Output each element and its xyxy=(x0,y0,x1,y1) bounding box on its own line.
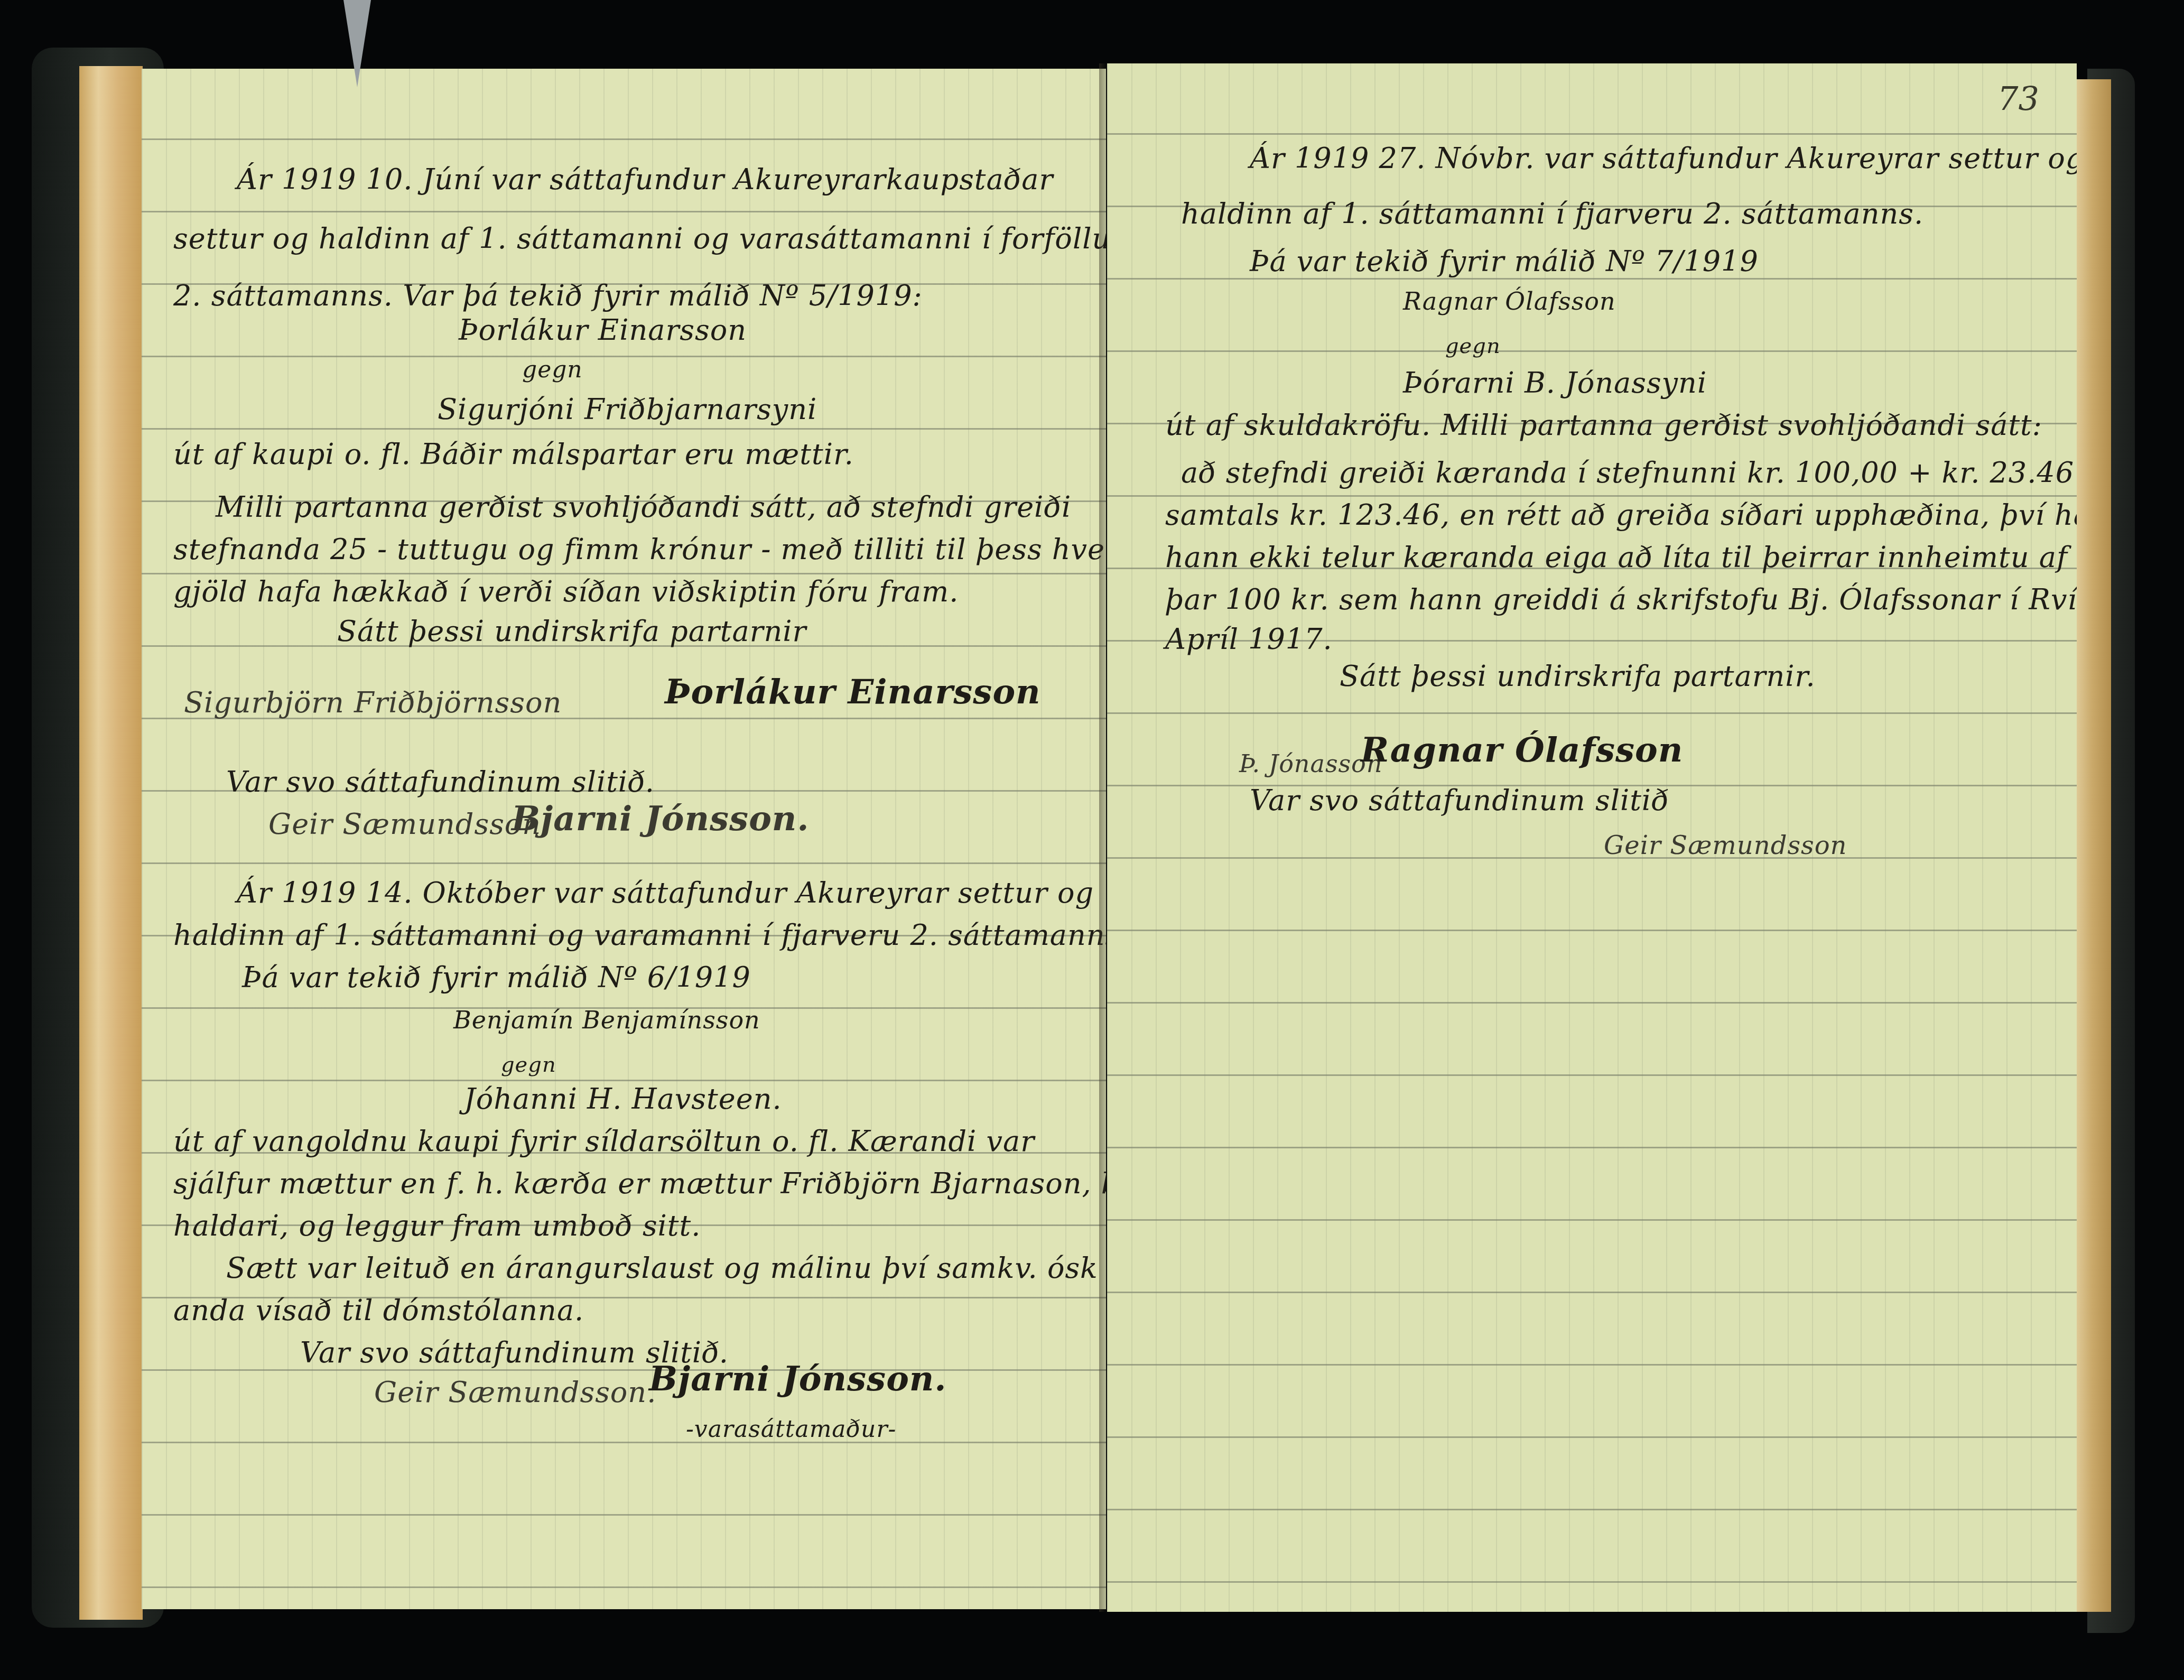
page-number: 73 xyxy=(1997,79,2039,118)
entry-line: settur og haldinn af 1. sáttamanni og va… xyxy=(173,223,1106,255)
closing-line: Var svo sáttafundinum slitið xyxy=(1250,785,1669,816)
entry-line: Apríl 1917. xyxy=(1165,624,1333,655)
entry-line: út af kaupi o. fl. Báðir málspartar eru … xyxy=(173,439,854,470)
signature-official: Geir Sæmundsson xyxy=(1604,830,1847,861)
entry-line: Ár 1919 14. Október var sáttafundur Akur… xyxy=(237,877,1094,909)
entry-line: sjálfur mættur en f. h. kærða er mættur … xyxy=(173,1168,1106,1200)
entry-line: út af skuldakröfu. Milli partanna gerðis… xyxy=(1165,410,2042,441)
entry-line: haldinn af 1. sáttamanni í fjarveru 2. s… xyxy=(1181,198,1923,230)
entry-line: út af vangoldnu kaupi fyrir síldarsöltun… xyxy=(173,1126,1035,1157)
signature-official: Geir Sæmundsson. xyxy=(374,1377,656,1408)
entry-line: að stefndi greiði kæranda í stefnunni kr… xyxy=(1181,457,2077,489)
entry-line: Sátt þessi undirskrifa partarnir. xyxy=(1340,661,1816,692)
page-stack-right xyxy=(2074,79,2111,1612)
signature-defendant: Sigurbjörn Friðbjörnsson xyxy=(184,687,562,719)
plaintiff-name: Ragnar Ólafsson xyxy=(1403,285,1616,317)
defendant-name: Sigurjóni Friðbjarnarsyni xyxy=(438,394,817,425)
entry-line: stefnanda 25 - tuttugu og fimm krónur - … xyxy=(173,534,1106,565)
entry-line: Ár 1919 10. Júní var sáttafundur Akureyr… xyxy=(237,164,1053,196)
entry-line: anda vísað til dómstólanna. xyxy=(173,1295,584,1326)
entry-line: Milli partanna gerðist svohljóðandi sátt… xyxy=(216,491,1071,523)
entry-line: gjöld hafa hækkað í verði síðan viðskipt… xyxy=(173,576,959,608)
versus-label: gegn xyxy=(501,1049,556,1081)
entry-line: Ár 1919 27. Nóvbr. var sáttafundur Akure… xyxy=(1250,143,2077,174)
versus-label: gegn xyxy=(522,354,583,386)
entry-line: haldari, og leggur fram umboð sitt. xyxy=(173,1210,701,1242)
entry-line: samtals kr. 123.46, en rétt að greiða sí… xyxy=(1165,499,2077,531)
versus-label: gegn xyxy=(1445,330,1501,362)
page-stack-left xyxy=(79,66,143,1620)
right-page: 73 Ár 1919 27. Nóvbr. var sáttafundur Ak… xyxy=(1107,63,2077,1612)
defendant-name: Þórarni B. Jónassyni xyxy=(1403,367,1707,399)
entry-line: Sátt þessi undirskrifa partarnir xyxy=(337,616,806,647)
signature-official: Bjarni Jónsson. xyxy=(512,803,810,835)
entry-line: Þá var tekið fyrir málið Nº 7/1919 xyxy=(1250,246,1759,277)
plaintiff-name: Þorlákur Einarsson xyxy=(459,314,747,346)
signature-plaintiff: Þorlákur Einarsson xyxy=(665,676,1041,708)
closing-line: Var svo sáttafundinum slitið. xyxy=(226,766,655,798)
signature-official: Bjarni Jónsson. xyxy=(649,1363,947,1395)
entry-line: hann ekki telur kæranda eiga að líta til… xyxy=(1165,542,2077,573)
defendant-name: Jóhanni H. Havsteen. xyxy=(464,1083,782,1115)
signature-official: Geir Sæmundsson. xyxy=(268,809,551,840)
page-holder-blade xyxy=(343,0,371,87)
signature-plaintiff: Ragnar Ólafsson xyxy=(1361,735,1683,766)
entry-line: Sætt var leituð en árangurslaust og máli… xyxy=(226,1252,1106,1284)
plaintiff-name: Benjamín Benjamínsson xyxy=(453,1004,760,1036)
entry-line: Þá var tekið fyrir málið Nº 6/1919 xyxy=(242,962,751,994)
entry-line: 2. sáttamanns. Var þá tekið fyrir málið … xyxy=(173,280,923,312)
left-page: Ár 1919 10. Júní var sáttafundur Akureyr… xyxy=(142,69,1106,1609)
signature-role: -varasáttamaður- xyxy=(686,1414,896,1445)
entry-line: þar 100 kr. sem hann greiddi á skrifstof… xyxy=(1165,584,2077,616)
entry-line: haldinn af 1. sáttamanni og varamanni í … xyxy=(173,920,1106,951)
